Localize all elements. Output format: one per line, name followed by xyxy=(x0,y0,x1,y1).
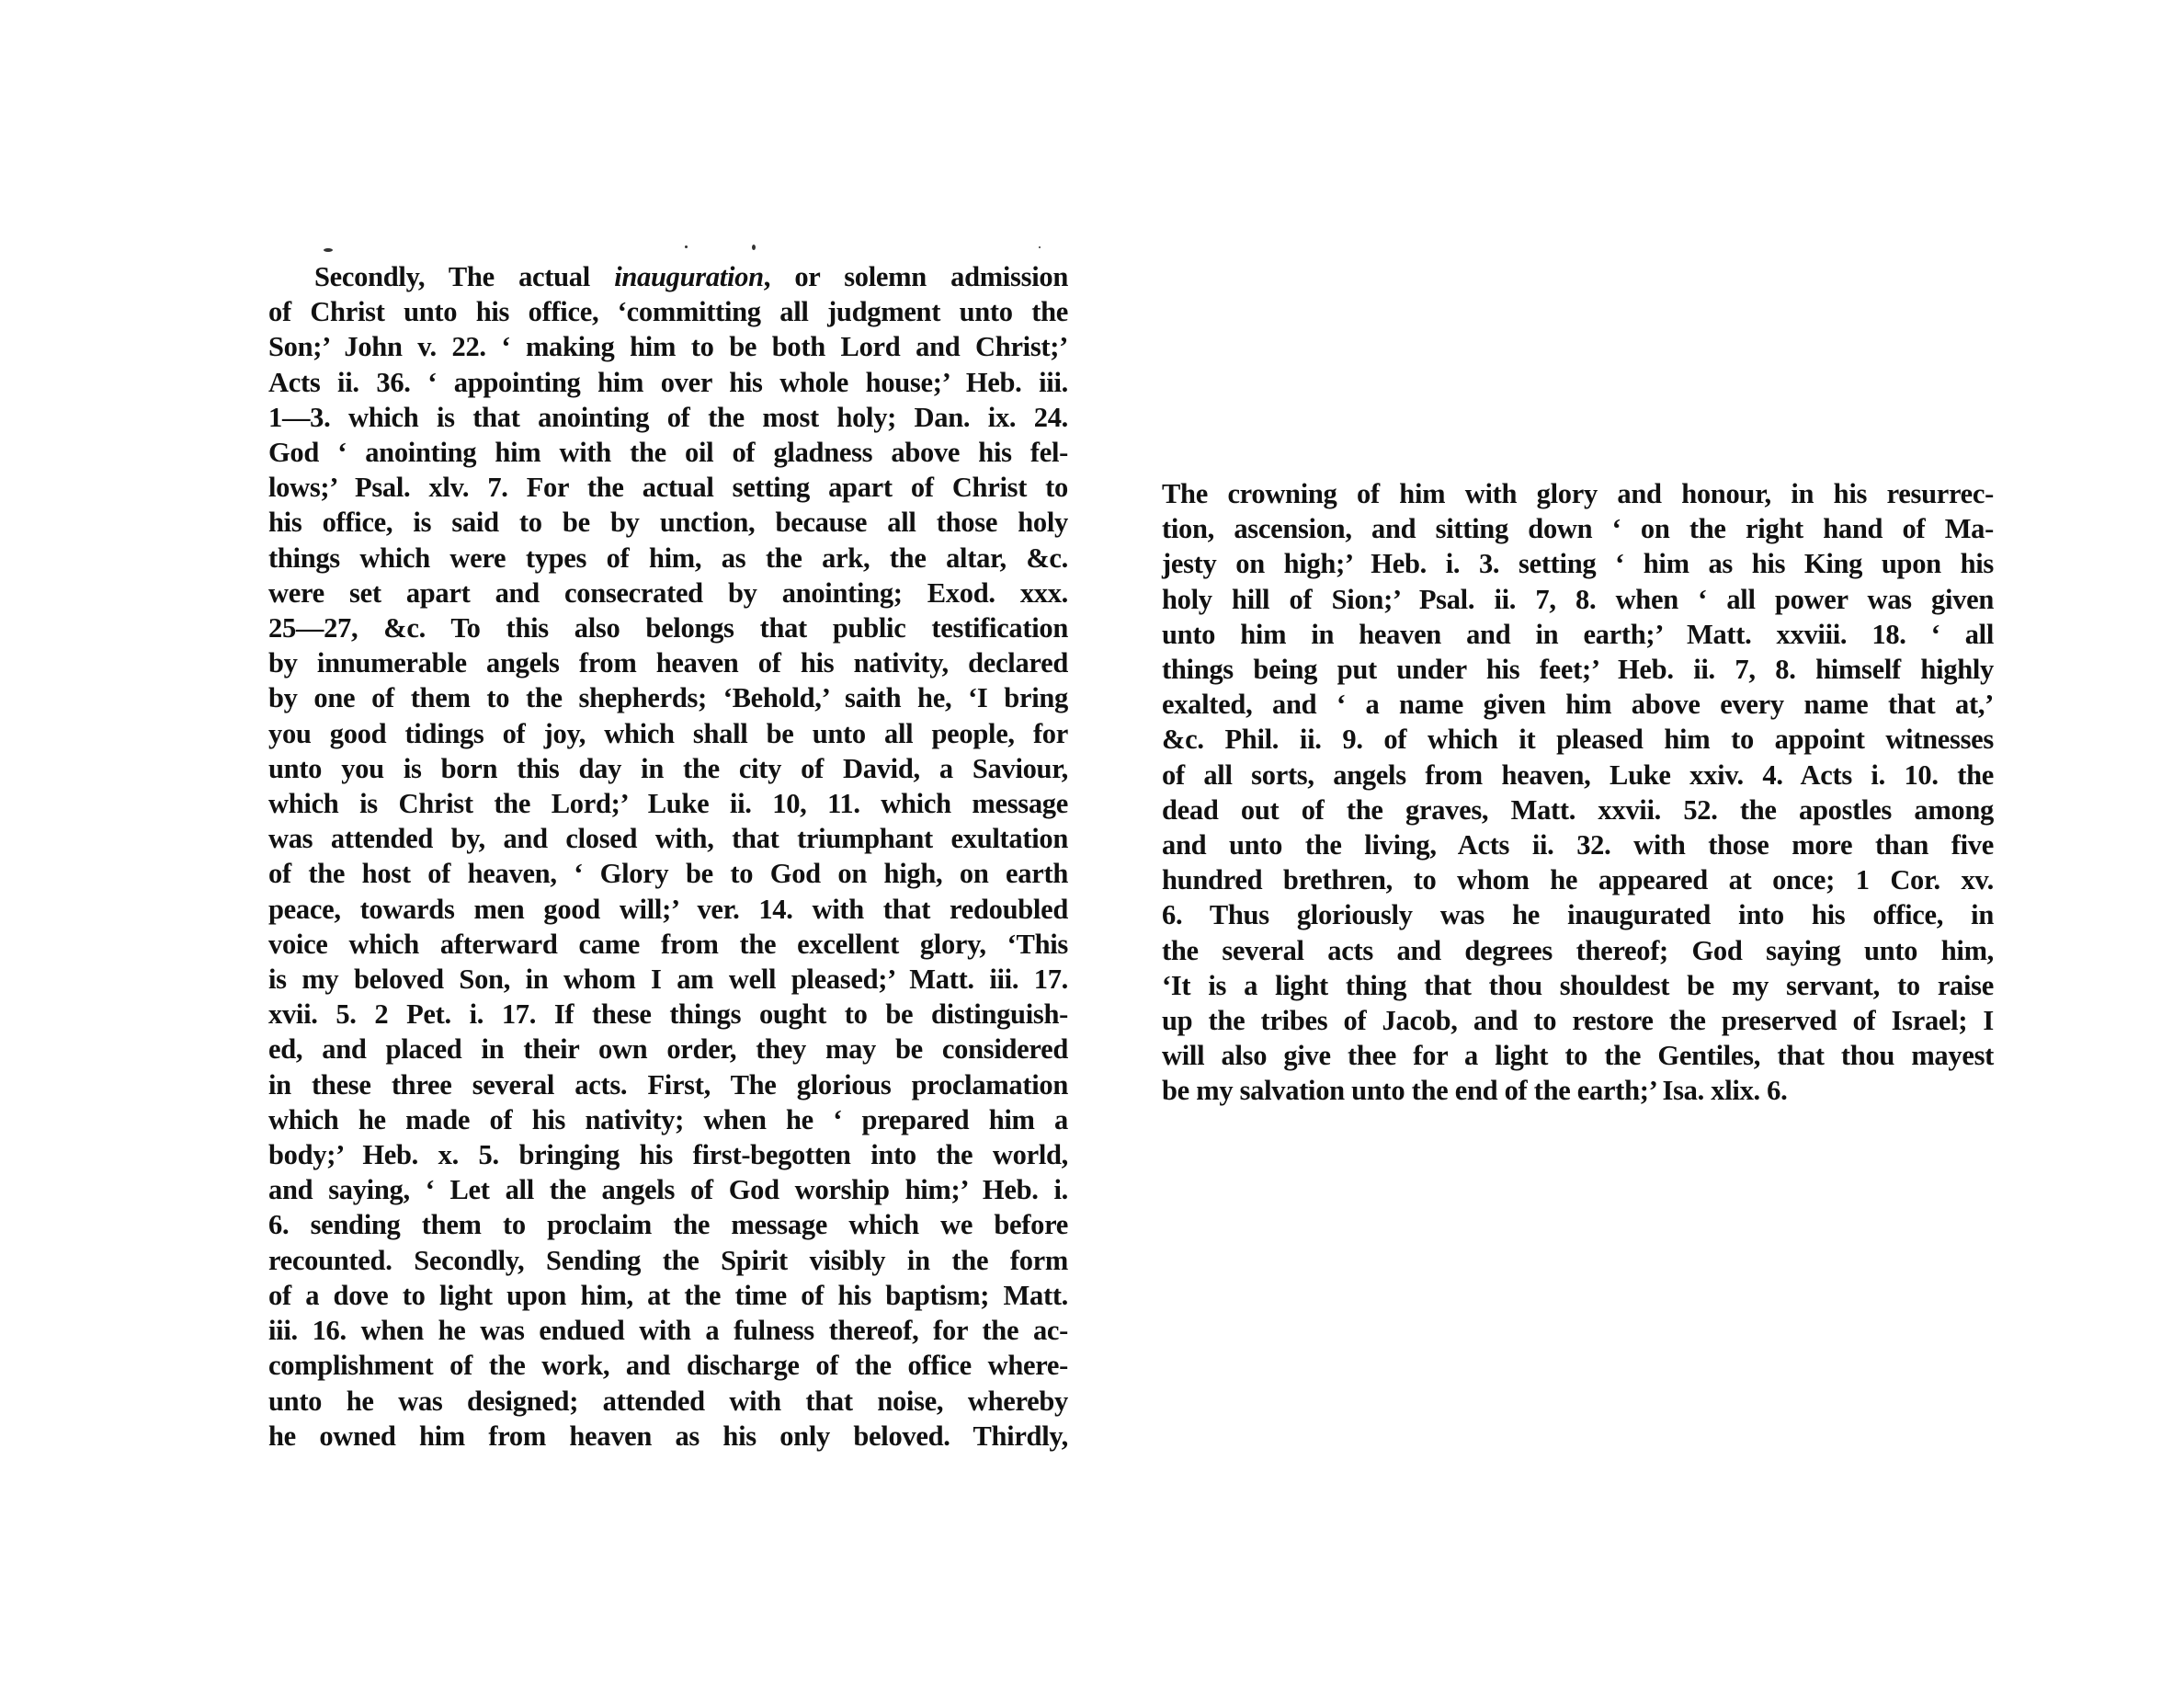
text-line: 6. Thus gloriously was he inaugurated in… xyxy=(1162,897,1994,932)
text-line: of the host of heaven, ‘ Glory be to God… xyxy=(268,856,1068,891)
text-line: complishment of the work, and discharge … xyxy=(268,1348,1068,1383)
text-line: recounted. Secondly, Sending the Spirit … xyxy=(268,1243,1068,1278)
text-line: will also give thee for a light to the G… xyxy=(1162,1038,1994,1073)
text-line: which he made of his nativity; when he ‘… xyxy=(268,1102,1068,1137)
text-line: up the tribes of Jacob, and to restore t… xyxy=(1162,1003,1994,1038)
text-line: is my beloved Son, in whom I am well ple… xyxy=(268,962,1068,997)
text-line: iii. 16. when he was endued with a fulne… xyxy=(268,1313,1068,1348)
text-line: Acts ii. 36. ‘ appointing him over his w… xyxy=(268,365,1068,400)
text-line: by one of them to the shepherds; ‘Behold… xyxy=(268,680,1068,715)
text-run: , or solemn admission xyxy=(764,261,1068,292)
print-speck xyxy=(685,245,688,248)
print-speck xyxy=(1039,246,1041,248)
print-speck xyxy=(752,245,756,250)
text-line: xvii. 5. 2 Pet. i. 17. If these things o… xyxy=(268,997,1068,1032)
text-line: ‘It is a light thing that thou shouldest… xyxy=(1162,968,1994,1003)
text-line: 1—3. which is that anointing of the most… xyxy=(268,400,1068,435)
text-line: dead out of the graves, Matt. xxvii. 52.… xyxy=(1162,793,1994,827)
italic-term: inauguration xyxy=(614,261,764,292)
text-line: he owned him from heaven as his only bel… xyxy=(268,1419,1068,1454)
text-column-left: Secondly, The actual inauguration, or so… xyxy=(268,259,1068,1454)
text-line: were set apart and consecrated by anoint… xyxy=(268,576,1068,610)
text-line: things which were types of him, as the a… xyxy=(268,541,1068,576)
text-line: in these three several acts. First, The … xyxy=(268,1067,1068,1102)
text-line: and saying, ‘ Let all the angels of God … xyxy=(268,1172,1068,1207)
text-line: voice which afterward came from the exce… xyxy=(268,927,1068,962)
text-line: Secondly, The actual inauguration, or so… xyxy=(268,259,1068,294)
text-line: and unto the living, Acts ii. 32. with t… xyxy=(1162,827,1994,862)
text-line: which is Christ the Lord;’ Luke ii. 10, … xyxy=(268,786,1068,821)
text-line: things being put under his feet;’ Heb. i… xyxy=(1162,652,1994,687)
text-line: body;’ Heb. x. 5. bringing his first-beg… xyxy=(268,1137,1068,1172)
text-line: ed, and placed in their own order, they … xyxy=(268,1032,1068,1066)
text-line: exalted, and ‘ a name given him above ev… xyxy=(1162,687,1994,722)
text-line: of Christ unto his office, ‘committing a… xyxy=(268,294,1068,329)
text-line: The crowning of him with glory and honou… xyxy=(1162,476,1994,511)
text-line: you good tidings of joy, which shall be … xyxy=(268,716,1068,751)
text-line-last: be my salvation unto the end of the eart… xyxy=(1162,1073,1994,1108)
scanned-page: Secondly, The actual inauguration, or so… xyxy=(0,0,2184,1688)
text-line: God ‘ anointing him with the oil of glad… xyxy=(268,435,1068,470)
text-line: jesty on high;’ Heb. i. 3. setting ‘ him… xyxy=(1162,546,1994,581)
text-line: unto him in heaven and in earth;’ Matt. … xyxy=(1162,617,1994,652)
text-line: holy hill of Sion;’ Psal. ii. 7, 8. when… xyxy=(1162,582,1994,617)
text-run: Secondly, The actual xyxy=(314,261,614,292)
text-line: peace, towards men good will;’ ver. 14. … xyxy=(268,892,1068,927)
text-line: his office, is said to be by unction, be… xyxy=(268,505,1068,540)
text-line: Son;’ John v. 22. ‘ making him to be bot… xyxy=(268,329,1068,364)
text-line: unto he was designed; attended with that… xyxy=(268,1384,1068,1419)
text-line: &c. Phil. ii. 9. of which it pleased him… xyxy=(1162,722,1994,757)
text-line: tion, ascension, and sitting down ‘ on t… xyxy=(1162,511,1994,546)
text-line: lows;’ Psal. xlv. 7. For the actual sett… xyxy=(268,470,1068,505)
text-line: of all sorts, angels from heaven, Luke x… xyxy=(1162,758,1994,793)
text-column-right: The crowning of him with glory and honou… xyxy=(1162,476,1994,1109)
print-speck xyxy=(324,248,333,252)
text-line: 6. sending them to proclaim the message … xyxy=(268,1207,1068,1242)
text-line: hundred brethren, to whom he appeared at… xyxy=(1162,862,1994,897)
text-line: was attended by, and closed with, that t… xyxy=(268,821,1068,856)
text-line: the several acts and degrees thereof; Go… xyxy=(1162,933,1994,968)
text-line: unto you is born this day in the city of… xyxy=(268,751,1068,786)
text-line: 25—27, &c. To this also belongs that pub… xyxy=(268,610,1068,645)
text-line: of a dove to light upon him, at the time… xyxy=(268,1278,1068,1313)
text-line: by innumerable angels from heaven of his… xyxy=(268,645,1068,680)
